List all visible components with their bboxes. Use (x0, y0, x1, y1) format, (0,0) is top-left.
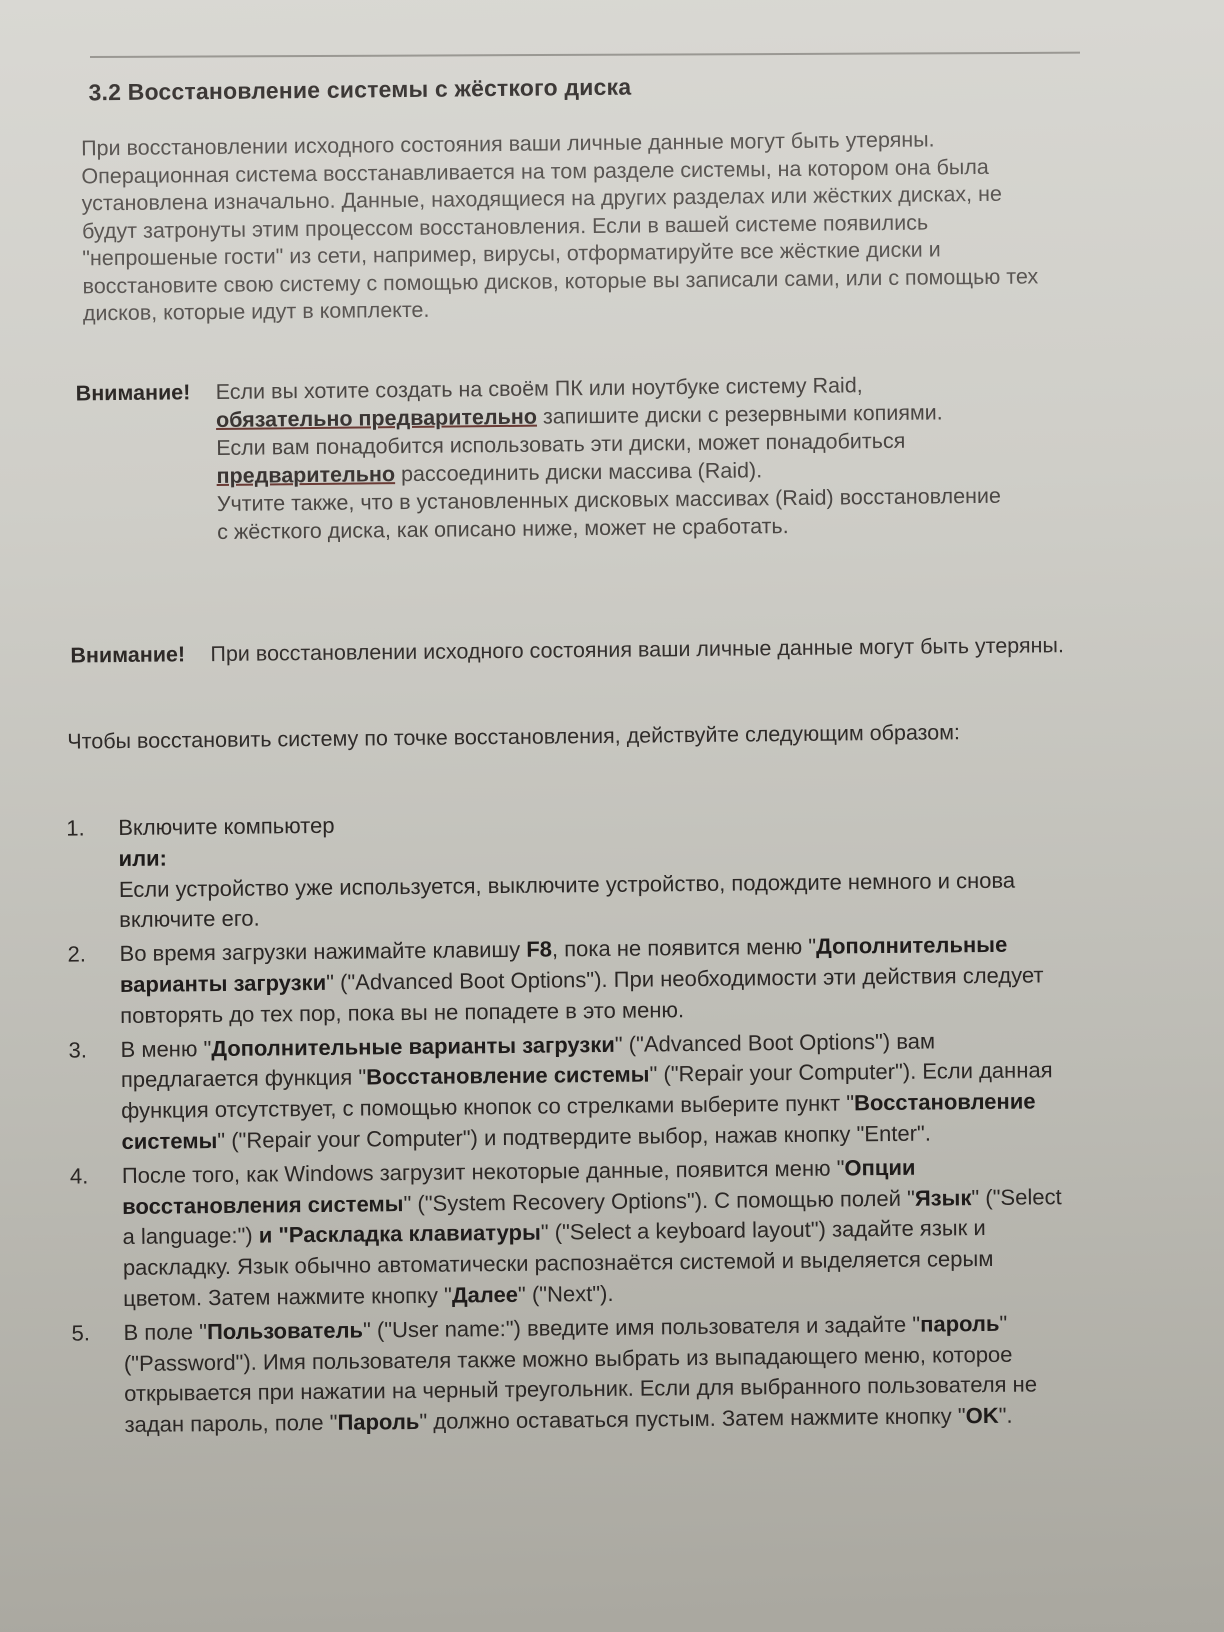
step-number: 4. (70, 1161, 89, 1192)
list-item: 3. В меню "Дополнительные варианты загру… (64, 1025, 1075, 1159)
step-number: 1. (66, 813, 85, 844)
list-item: 2. Во время загрузки нажимайте клавишу F… (63, 929, 1074, 1032)
list-item: 1. Включите компьютер или: Если устройст… (62, 803, 1073, 937)
warning-body: Если вы хотите создать на своём ПК или н… (216, 370, 1018, 546)
emphasis-underlined: предварительно (216, 462, 395, 488)
procedure-intro: Чтобы восстановить систему по точке восс… (67, 715, 1047, 757)
list-item: 5. В поле "Пользователь" ("User name:") … (67, 1308, 1078, 1442)
document-page: 3.2 Восстановление системы с жёсткого ди… (0, 0, 1216, 6)
list-item: 4. После того, как Windows загрузит неко… (66, 1151, 1078, 1316)
step-number: 2. (67, 940, 86, 971)
warning-label: Внимание! (70, 640, 185, 669)
intro-paragraph: При восстановлении исходного состояния в… (81, 125, 1043, 328)
warning-body: При восстановлении исходного состояния в… (210, 631, 1070, 668)
steps-list: 1. Включите компьютер или: Если устройст… (62, 803, 1079, 1444)
warning-raid: Внимание! Если вы хотите создать на своё… (76, 369, 1056, 379)
section-title: 3.2 Восстановление системы с жёсткого ди… (88, 74, 631, 107)
warning-label: Внимание! (76, 378, 191, 407)
warning-data-loss: Внимание! При восстановлении исходного с… (70, 631, 1070, 641)
step-number: 3. (68, 1035, 87, 1066)
step-number: 5. (71, 1318, 90, 1349)
header-rule (90, 52, 1080, 58)
emphasis-underlined: обязательно предварительно (216, 405, 537, 432)
